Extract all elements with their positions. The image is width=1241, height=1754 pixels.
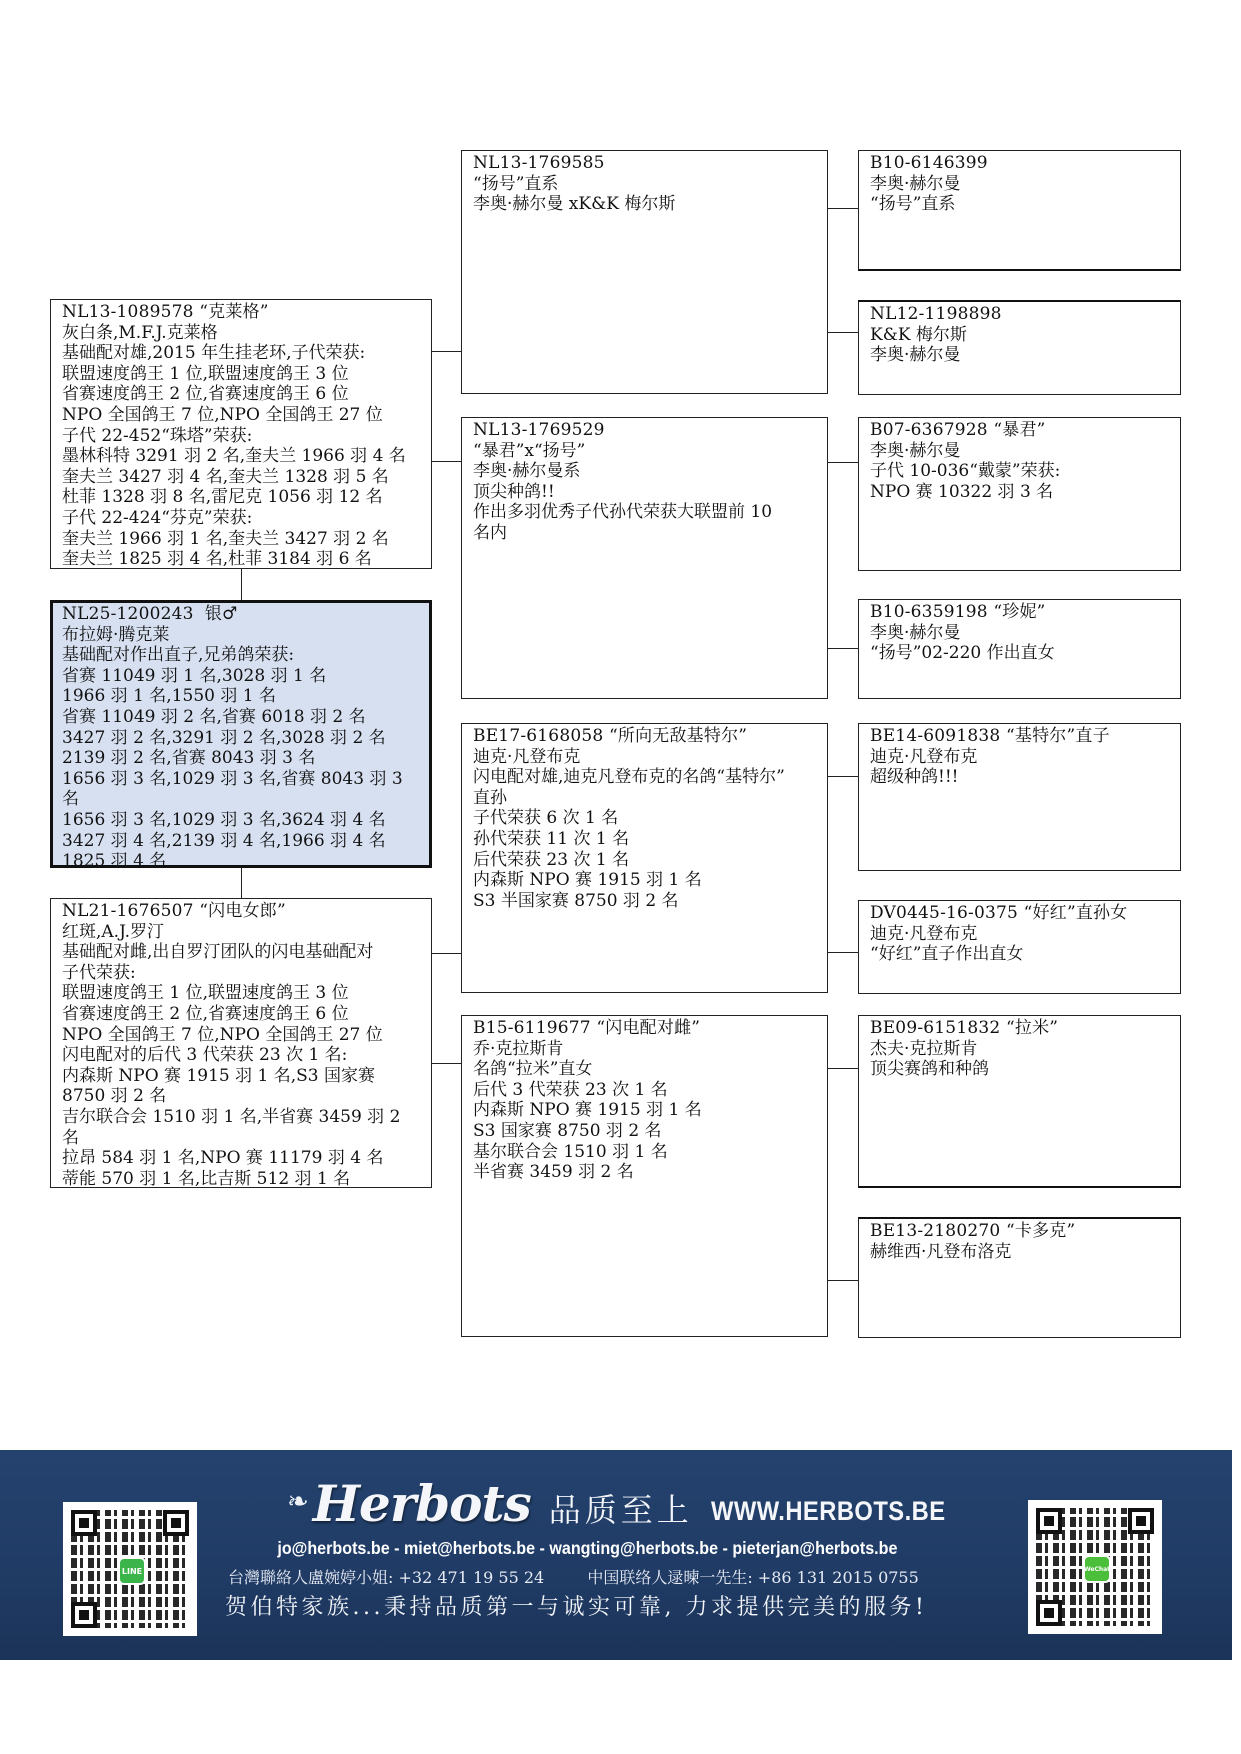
card-line: 超级种鸽!!! xyxy=(870,767,1180,788)
china-contact: 中国联络人逯暕一先生: +86 131 2015 0755 xyxy=(587,1565,918,1588)
connector-sire-to-sd xyxy=(432,461,461,462)
connector-dd-dam xyxy=(828,1280,858,1281)
card-line: 李奥·赫尔曼 xyxy=(870,345,1180,366)
ds-sire-card: BE14-6091838 “基特尔”直子迪克·凡登布克超级种鸽!!! xyxy=(858,723,1181,871)
ring-number: BE13-2180270 “卡多克” xyxy=(870,1221,1180,1242)
ring-number: DV0445-16-0375 “好红”直孙女 xyxy=(870,903,1180,924)
card-line: 直孙 xyxy=(473,788,827,809)
card-line: “扬号”直系 xyxy=(473,174,827,195)
contact-banner: LINE ❧ Herbots 品质至上 WWW.HERBOTS.BE jo@he… xyxy=(0,1450,1232,1660)
ring-number: B07-6367928 “暴君” xyxy=(870,420,1180,441)
dam-card: NL21-1676507 “闪电女郎”红斑,A.J.罗汀基础配对雌,出自罗汀团队… xyxy=(50,898,432,1188)
connector-subject-sire xyxy=(241,569,242,600)
ring-number: NL21-1676507 “闪电女郎” xyxy=(62,901,431,922)
card-line: 子代 22-452“珠塔”荣获: xyxy=(62,426,431,447)
card-line: 李奥·赫尔曼 xyxy=(870,174,1180,195)
card-line: 1656 羽 3 名,1029 羽 3 名,3624 羽 4 名 xyxy=(62,810,429,831)
ss-sire-card: B10-6146399李奥·赫尔曼“扬号”直系 xyxy=(858,150,1181,271)
card-line: 省赛 11049 羽 1 名,3028 羽 1 名 xyxy=(62,666,429,687)
ring-number: B10-6146399 xyxy=(870,153,1180,174)
card-line: “扬号”02-220 作出直女 xyxy=(870,643,1180,664)
ring-number: B15-6119677 “闪电配对雌” xyxy=(473,1018,827,1039)
card-line: 乔·克拉斯肯 xyxy=(473,1039,827,1060)
taiwan-contact: 台灣聯絡人盧婉婷小姐: +32 471 19 55 24 xyxy=(228,1565,544,1588)
card-line: 名 xyxy=(62,789,429,810)
qr-finder-icon xyxy=(71,1602,97,1628)
card-line: 1966 羽 1 名,1550 羽 1 名 xyxy=(62,686,429,707)
card-line: 内森斯 NPO 赛 1915 羽 1 名 xyxy=(473,870,827,891)
card-line: 内森斯 NPO 赛 1915 羽 1 名,S3 国家赛 xyxy=(62,1066,431,1087)
card-line: 3427 羽 4 名,2139 羽 4 名,1966 羽 4 名 xyxy=(62,831,429,852)
ring-number: NL13-1089578 “克莱格” xyxy=(62,302,431,323)
card-line: NPO 全国鸽王 7 位,NPO 全国鸽王 27 位 xyxy=(62,1025,431,1046)
card-line: 3427 羽 2 名,3291 羽 2 名,3028 羽 2 名 xyxy=(62,728,429,749)
card-line: “扬号”直系 xyxy=(870,194,1180,215)
ring-number: BE14-6091838 “基特尔”直子 xyxy=(870,726,1180,747)
line-qr-code[interactable]: LINE xyxy=(63,1502,197,1636)
card-line: 红斑,A.J.罗汀 xyxy=(62,922,431,943)
card-line: 顶尖种鸽!! xyxy=(473,482,827,503)
sire-dam-card: NL13-1769529“暴君”x“扬号”李奥·赫尔曼系顶尖种鸽!!作出多羽优秀… xyxy=(461,417,828,699)
card-line: 内森斯 NPO 赛 1915 羽 1 名 xyxy=(473,1100,827,1121)
dd-sire-card: BE09-6151832 “拉米”杰夫·克拉斯肯顶尖赛鸽和种鸽 xyxy=(858,1015,1181,1188)
ds-dam-card: DV0445-16-0375 “好红”直孙女迪克·凡登布克“好红”直子作出直女 xyxy=(858,900,1181,994)
ring-number: B10-6359198 “珍妮” xyxy=(870,602,1180,623)
card-line: 李奥·赫尔曼 xyxy=(870,623,1180,644)
card-line: 1825 羽 4 名 xyxy=(62,851,429,868)
ss-dam-card: NL12-1198898K&K 梅尔斯李奥·赫尔曼 xyxy=(858,300,1181,395)
card-line: 半省赛 3459 羽 2 名 xyxy=(473,1162,827,1183)
card-line: 2139 羽 2 名,省赛 8043 羽 3 名 xyxy=(62,748,429,769)
card-line: 布拉姆·腾克莱 xyxy=(62,625,429,646)
dam-sire-card: BE17-6168058 “所向无敌基特尔”迪克·凡登布克闪电配对雄,迪克凡登布… xyxy=(461,723,828,993)
card-line: 基尔联合会 1510 羽 1 名 xyxy=(473,1142,827,1163)
connector-ds-sire xyxy=(828,776,858,777)
card-line: 省赛 11049 羽 2 名,省赛 6018 羽 2 名 xyxy=(62,707,429,728)
qr-finder-icon xyxy=(71,1510,97,1536)
card-line: NPO 赛 10322 羽 3 名 xyxy=(870,482,1180,503)
card-line: 李奥·赫尔曼系 xyxy=(473,461,827,482)
qr-finder-icon xyxy=(1128,1508,1154,1534)
contact-phones: 台灣聯絡人盧婉婷小姐: +32 471 19 55 24 中国联络人逯暕一先生:… xyxy=(228,1565,1008,1588)
card-line: 后代荣获 23 次 1 名 xyxy=(473,850,827,871)
card-line: 子代荣获 6 次 1 名 xyxy=(473,808,827,829)
card-line: 后代 3 代荣获 23 次 1 名 xyxy=(473,1080,827,1101)
card-line: 墨林科特 3291 羽 2 名,奎夫兰 1966 羽 4 名 xyxy=(62,446,431,467)
card-line: 赫维西·凡登布洛克 xyxy=(870,1242,1180,1263)
card-line: 孙代荣获 11 次 1 名 xyxy=(473,829,827,850)
sire-sire-card: NL13-1769585“扬号”直系李奥·赫尔曼 xK&K 梅尔斯 xyxy=(461,150,828,394)
card-line: 迪克·凡登布克 xyxy=(473,747,827,768)
card-line: 杜菲 1328 羽 8 名,雷尼克 1056 羽 12 名 xyxy=(62,487,431,508)
card-line: 名鸽“拉米”直女 xyxy=(473,1059,827,1080)
card-line: 联盟速度鸽王 1 位,联盟速度鸽王 3 位 xyxy=(62,364,431,385)
wechat-qr-code[interactable]: WeChat xyxy=(1028,1500,1162,1634)
website-link[interactable]: WWW.HERBOTS.BE xyxy=(711,1490,946,1532)
ring-number: NL13-1769585 xyxy=(473,153,827,174)
card-line: 李奥·赫尔曼 xK&K 梅尔斯 xyxy=(473,194,827,215)
card-line: 灰白条,M.F.J.克莱格 xyxy=(62,323,431,344)
connector-subject-dam xyxy=(241,868,242,898)
dd-dam-card: BE13-2180270 “卡多克”赫维西·凡登布洛克 xyxy=(858,1217,1181,1338)
subject-pigeon-card: NL25-1200243 银♂布拉姆·腾克莱基础配对作出直子,兄弟鸽荣获:省赛 … xyxy=(50,600,432,868)
sd-dam-card: B10-6359198 “珍妮”李奥·赫尔曼“扬号”02-220 作出直女 xyxy=(858,599,1181,699)
card-line: 闪电配对雄,迪克凡登布克的名鸽“基特尔” xyxy=(473,767,827,788)
connector-sd-dam xyxy=(828,648,858,649)
card-line: 奎夫兰 3427 羽 4 名,奎夫兰 1328 羽 5 名 xyxy=(62,467,431,488)
card-line: 8750 羽 2 名 xyxy=(62,1086,431,1107)
card-line: 蒂能 570 羽 1 名,比吉斯 512 羽 1 名 xyxy=(62,1169,431,1188)
card-line: 省赛速度鸽王 2 位,省赛速度鸽王 6 位 xyxy=(62,1004,431,1025)
card-line: 迪克·凡登布克 xyxy=(870,924,1180,945)
qr-finder-icon xyxy=(1036,1600,1062,1626)
connector-dd-sire xyxy=(828,1068,858,1069)
connector-sd-sire xyxy=(828,462,858,463)
card-line: 子代 10-036“戴蒙”荣获: xyxy=(870,461,1180,482)
wechat-app-icon: WeChat xyxy=(1083,1555,1111,1583)
feather-icon: ❧ xyxy=(287,1487,309,1517)
brand-logo[interactable]: Herbots xyxy=(313,1476,531,1532)
brand-header: ❧ Herbots 品质至上 WWW.HERBOTS.BE xyxy=(287,1472,977,1532)
card-line: 名 xyxy=(62,1128,431,1149)
brand-slogan: 品质至上 xyxy=(549,1488,693,1532)
dam-dam-card: B15-6119677 “闪电配对雌”乔·克拉斯肯名鸽“拉米”直女后代 3 代荣… xyxy=(461,1015,828,1337)
card-line: 基础配对雌,出自罗汀团队的闪电基础配对 xyxy=(62,942,431,963)
card-line: 顶尖赛鸽和种鸽 xyxy=(870,1059,1180,1080)
card-line: 吉尔联合会 1510 羽 1 名,半省赛 3459 羽 2 xyxy=(62,1107,431,1128)
connector-dam-to-dd xyxy=(432,1063,461,1064)
line-app-icon: LINE xyxy=(118,1557,146,1585)
card-line: K&K 梅尔斯 xyxy=(870,325,1180,346)
card-line: 基础配对雄,2015 年生挂老环,子代荣获: xyxy=(62,343,431,364)
card-line: S3 半国家赛 8750 羽 2 名 xyxy=(473,891,827,912)
ring-number: BE17-6168058 “所向无敌基特尔” xyxy=(473,726,827,747)
card-line: 作出多羽优秀子代孙代荣获大联盟前 10 xyxy=(473,502,827,523)
connector-sire-to-ss xyxy=(432,351,461,352)
qr-finder-icon xyxy=(163,1510,189,1536)
qr-finder-icon xyxy=(1036,1508,1062,1534)
connector-ss-dam xyxy=(828,332,858,333)
ring-number: NL13-1769529 xyxy=(473,420,827,441)
card-line: “好红”直子作出直女 xyxy=(870,944,1180,965)
card-line: 奎夫兰 1966 羽 1 名,奎夫兰 3427 羽 2 名 xyxy=(62,529,431,550)
sd-sire-card: B07-6367928 “暴君”李奥·赫尔曼子代 10-036“戴蒙”荣获:NP… xyxy=(858,417,1181,571)
sire-card: NL13-1089578 “克莱格”灰白条,M.F.J.克莱格基础配对雄,201… xyxy=(50,299,432,569)
email-list[interactable]: jo@herbots.be - miet@herbots.be - wangti… xyxy=(270,1538,905,1559)
card-line: 拉昂 584 羽 1 名,NPO 赛 11179 羽 4 名 xyxy=(62,1148,431,1169)
card-line: 子代 22-424“芬克”荣获: xyxy=(62,508,431,529)
card-line: 子代荣获: xyxy=(62,963,431,984)
card-line: 闪电配对的后代 3 代荣获 23 次 1 名: xyxy=(62,1045,431,1066)
card-line: 名内 xyxy=(473,523,827,544)
card-line: 奎夫兰 1825 羽 4 名,杜菲 3184 羽 6 名 xyxy=(62,549,431,569)
card-line: S3 国家赛 8750 羽 2 名 xyxy=(473,1121,827,1142)
card-line: “暴君”x“扬号” xyxy=(473,441,827,462)
card-line: 省赛速度鸽王 2 位,省赛速度鸽王 6 位 xyxy=(62,384,431,405)
card-line: 迪克·凡登布克 xyxy=(870,747,1180,768)
ring-number: BE09-6151832 “拉米” xyxy=(870,1018,1180,1039)
ring-number: NL25-1200243 银♂ xyxy=(62,604,429,625)
card-line: 基础配对作出直子,兄弟鸽荣获: xyxy=(62,645,429,666)
connector-ds-dam xyxy=(828,952,858,953)
connector-ss-sire xyxy=(828,208,858,209)
card-line: 李奥·赫尔曼 xyxy=(870,441,1180,462)
card-line: 1656 羽 3 名,1029 羽 3 名,省赛 8043 羽 3 xyxy=(62,769,429,790)
card-line: NPO 全国鸽王 7 位,NPO 全国鸽王 27 位 xyxy=(62,405,431,426)
connector-dam-to-ds xyxy=(432,953,461,954)
ring-number: NL12-1198898 xyxy=(870,304,1180,325)
card-line: 联盟速度鸽王 1 位,联盟速度鸽王 3 位 xyxy=(62,983,431,1004)
card-line: 杰夫·克拉斯肯 xyxy=(870,1039,1180,1060)
brand-tagline: 贺伯特家族...秉持品质第一与诚实可靠, 力求提供完美的服务! xyxy=(225,1590,1005,1621)
